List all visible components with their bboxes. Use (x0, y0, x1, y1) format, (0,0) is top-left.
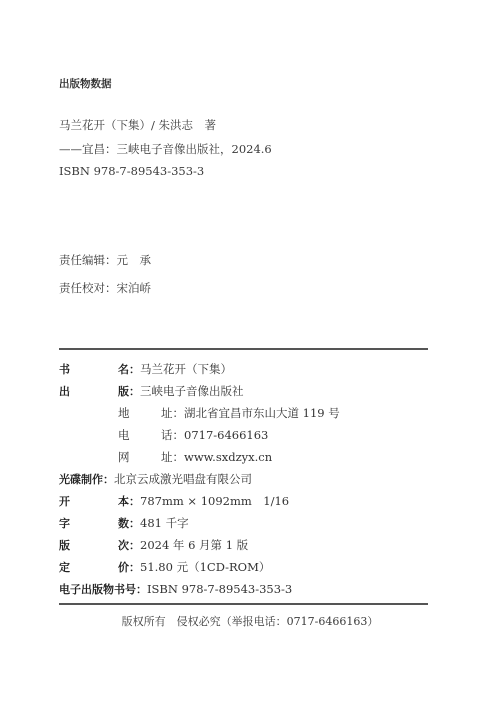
row-label: 光碟制作： (59, 472, 114, 488)
row-label: 本： (118, 494, 140, 510)
proofreader-label: 责任校对： (59, 281, 117, 295)
row-label: 定 (59, 560, 118, 576)
cip-publisher-line: ——宜昌：三峡电子音像出版社，2024.6 (59, 141, 272, 157)
row-label: 书 (59, 362, 118, 378)
row-label: 字 (59, 516, 118, 532)
row-value: 马兰花开（下集） (140, 362, 232, 376)
cip-title-line: 马兰花开（下集）/ 朱洪志 著 (59, 117, 216, 133)
word-count-row: 字数：481 千字 (59, 515, 189, 531)
edition-row: 版次：2024 年 6 月第 1 版 (59, 537, 248, 553)
row-value: 湖北省宜昌市东山大道 119 号 (184, 406, 340, 420)
price-row: 定价：51.80 元（1CD-ROM） (59, 559, 270, 575)
proofreader-line: 责任校对：宋泊峤 (59, 280, 151, 296)
row-value: 北京云成激光唱盘有限公司 (114, 472, 252, 486)
copyright-notice: 版权所有 侵权必究（举报电话：0717-6466163） (0, 613, 500, 629)
row-label: 话： (161, 428, 184, 442)
row-label: 版 (59, 538, 118, 554)
row-label: 出 (59, 384, 118, 400)
publisher-row: 出版：三峡电子音像出版社 (59, 383, 244, 399)
row-value: 787mm × 1092mm 1/16 (140, 494, 289, 508)
address-row: 地址：湖北省宜昌市东山大道 119 号 (118, 405, 340, 421)
disc-maker-row: 光碟制作：北京云成激光唱盘有限公司 (59, 471, 252, 487)
row-label: 名： (118, 362, 140, 378)
top-divider (59, 348, 428, 350)
editor-label: 责任编辑： (59, 253, 117, 267)
row-label: 版： (118, 384, 140, 400)
row-value: 51.80 元（1CD-ROM） (140, 560, 270, 574)
row-label: 价： (118, 560, 140, 576)
row-value: 0717-6466163 (184, 428, 268, 442)
row-value: 2024 年 6 月第 1 版 (140, 538, 248, 552)
cip-isbn-line: ISBN 978-7-89543-353-3 (59, 164, 204, 178)
row-value: ISBN 978-7-89543-353-3 (147, 582, 292, 596)
row-value: 三峡电子音像出版社 (140, 384, 244, 398)
row-label: 电 (118, 427, 161, 443)
row-value[interactable]: www.sxdzyx.cn (184, 450, 272, 464)
row-label: 网 (118, 449, 161, 465)
row-label: 开 (59, 494, 118, 510)
epub-number-row: 电子出版物书号：ISBN 978-7-89543-353-3 (59, 581, 292, 597)
row-label: 电子出版物书号： (59, 582, 147, 598)
row-value: 481 千字 (140, 516, 189, 530)
editor-line: 责任编辑：元 承 (59, 252, 151, 268)
row-label: 数： (118, 516, 140, 532)
bottom-divider (59, 603, 428, 605)
section-title: 出版物数据 (59, 76, 112, 91)
format-row: 开本：787mm × 1092mm 1/16 (59, 493, 289, 509)
book-name-row: 书名：马兰花开（下集） (59, 361, 232, 377)
editor-name: 元 承 (117, 253, 152, 267)
phone-row: 电话：0717-6466163 (118, 427, 268, 443)
row-label: 址： (161, 406, 184, 420)
row-label: 址： (161, 450, 184, 464)
proofreader-name: 宋泊峤 (117, 281, 152, 295)
row-label: 地 (118, 405, 161, 421)
website-row: 网址：www.sxdzyx.cn (118, 449, 272, 465)
row-label: 次： (118, 538, 140, 554)
